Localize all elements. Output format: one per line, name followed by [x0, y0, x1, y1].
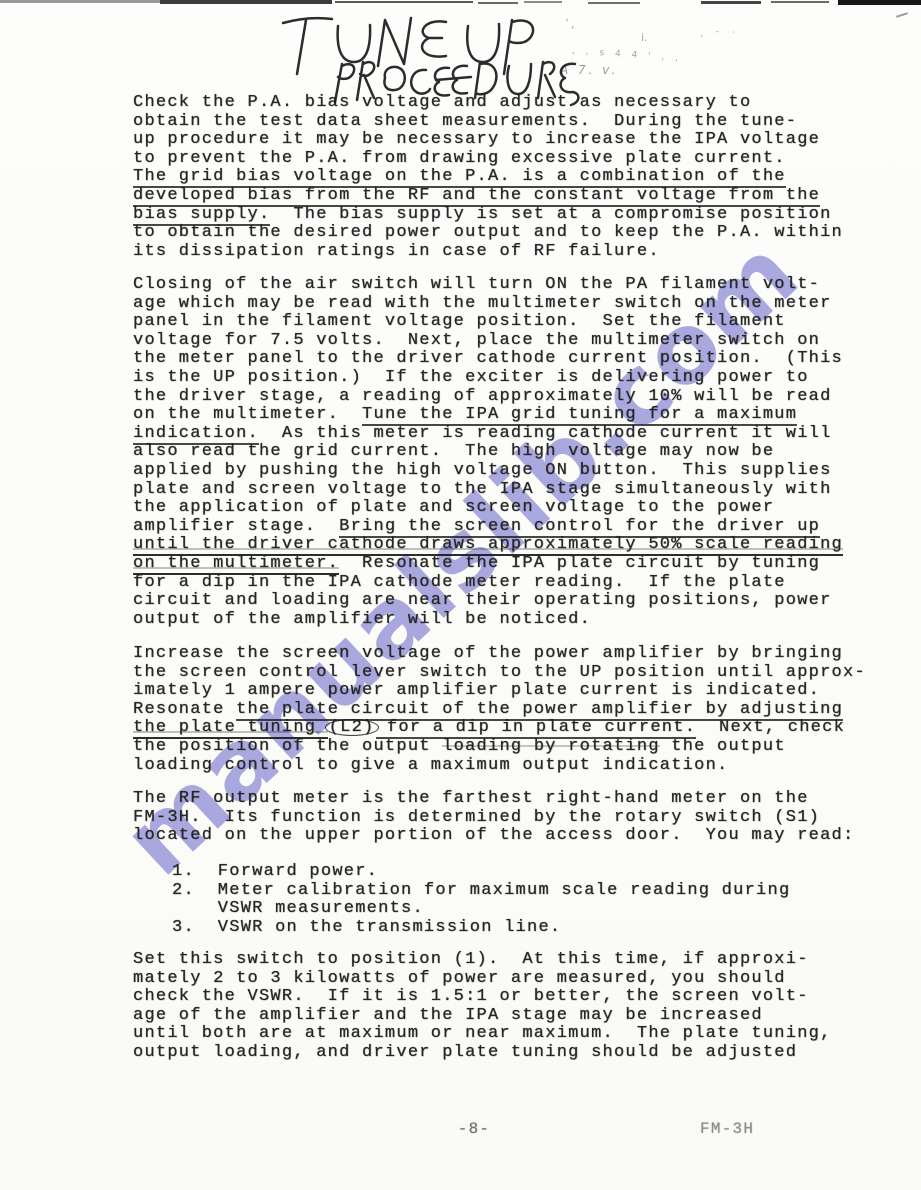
text-line: plate and screen voltage to the IPA stag…: [133, 481, 843, 500]
list-item: 1. Forward power.: [172, 863, 790, 882]
scan-artifact-line: [771, 1, 829, 3]
text-line: bias supply. The bias supply is set at a…: [133, 206, 843, 225]
scanned-manual-page: manualslib.com ' , i. ,: [0, 0, 921, 1190]
hw-U: [338, 25, 371, 62]
paragraph-screen-voltage: Increase the screen voltage of the power…: [133, 645, 866, 775]
hw-P2: [335, 64, 354, 102]
scan-artifact-line: [701, 1, 761, 4]
hw-U2: [467, 24, 499, 62]
text-line: the position of the output loading by ro…: [133, 738, 866, 757]
hw-T-bar: [283, 18, 332, 23]
text-line: to prevent the P.A. from drawing excessi…: [133, 150, 843, 169]
text-line: loading control to give a maximum output…: [133, 757, 866, 776]
text-line: to obtain the desired power output and t…: [133, 224, 843, 243]
text-line: check the VSWR. If it is 1.5:1 or better…: [133, 988, 832, 1007]
text-line: located on the upper portion of the acce…: [133, 827, 854, 846]
text-line: imately 1 ampere power amplifier plate c…: [133, 682, 866, 701]
text-line: indication. As this meter is reading cat…: [133, 425, 843, 444]
text-line: for a dip in the IPA cathode meter readi…: [133, 574, 843, 593]
text-line: up procedure it may be necessary to incr…: [133, 131, 843, 150]
paragraph-switch-position: Set this switch to position (1). At this…: [133, 951, 832, 1063]
scan-artifact-line: [335, 1, 473, 3]
hw-N: [378, 18, 411, 66]
text-line: output loading, and driver plate tuning …: [133, 1044, 832, 1063]
handwritten-title: [250, 8, 590, 108]
text-line: the application of plate and screen volt…: [133, 499, 843, 518]
text-line: The RF output meter is the farthest righ…: [133, 790, 854, 809]
paragraph-bias-voltage: Check the P.A. bias voltage and adjust a…: [133, 94, 843, 261]
scan-artifact-mark: [896, 12, 908, 18]
text-line: age which may be read with the multimete…: [133, 295, 843, 314]
paragraph-rf-output-meter: The RF output meter is the farthest righ…: [133, 790, 854, 846]
list-item-continuation: VSWR measurements.: [172, 900, 790, 919]
paragraph-air-switch: Closing of the air switch will turn ON t…: [133, 276, 843, 629]
text-line: voltage for 7.5 volts. Next, place the m…: [133, 332, 843, 351]
text-line: the screen control lever switch to the U…: [133, 664, 866, 683]
text-line: Resonate the plate circuit of the power …: [133, 701, 866, 720]
hw-E3-tail: [561, 64, 579, 105]
text-line: its dissipation ratings in case of RF fa…: [133, 243, 843, 262]
text-line: Increase the screen voltage of the power…: [133, 645, 866, 664]
text-line: circuit and loading are near their opera…: [133, 592, 843, 611]
text-line: FM-3H. Its function is determined by the…: [133, 809, 854, 828]
scan-artifact-line: [0, 0, 160, 3]
list-item: 2. Meter calibration for maximum scale r…: [172, 882, 790, 901]
text-line: amplifier stage. Bring the screen contro…: [133, 518, 843, 537]
pencil-note: i.: [641, 31, 648, 44]
hw-T-stem: [297, 20, 306, 74]
list-item: 3. VSWR on the transmission line.: [172, 919, 790, 938]
hw-D: [475, 62, 496, 98]
scan-artifact-line: [838, 0, 921, 5]
text-line: also read the grid current. The high vol…: [133, 443, 843, 462]
text-line: Set this switch to position (1). At this…: [133, 951, 832, 970]
text-line: panel in the filament voltage position. …: [133, 313, 843, 332]
hw-R: [357, 62, 374, 100]
hw-E: [422, 21, 446, 56]
hw-O: [384, 67, 404, 90]
hw-E1: [435, 68, 449, 96]
text-line: on the multimeter. Tune the IPA grid tun…: [133, 406, 843, 425]
text-line: developed bias from the RF and the const…: [133, 187, 843, 206]
text-line: applied by pushing the high voltage ON b…: [133, 462, 843, 481]
page-number: -8-: [450, 1120, 498, 1138]
doc-id: FM-3H: [700, 1120, 754, 1138]
text-line: The grid bias voltage on the P.A. is a c…: [133, 168, 843, 187]
scan-artifact-line: [478, 2, 518, 4]
pencil-note: , - .: [700, 25, 741, 39]
scan-artifact-line: [524, 1, 562, 3]
text-line: Closing of the air switch will turn ON t…: [133, 276, 843, 295]
text-line: the driver stage, a reading of approxima…: [133, 388, 843, 407]
text-line: age of the amplifier and the IPA stage m…: [133, 1007, 832, 1026]
hw-crossbar: [436, 77, 471, 80]
hw-R2: [538, 62, 555, 98]
text-line: until both are at maximum or near maximu…: [133, 1025, 832, 1044]
text-line: on the multimeter. Resonate the IPA plat…: [133, 555, 843, 574]
text-line: is the UP position.) If the exciter is d…: [133, 369, 843, 388]
text-line: output of the amplifier will be noticed.: [133, 611, 843, 630]
text-line: until the driver cathode draws approxima…: [133, 536, 843, 555]
text-line: the meter panel to the driver cathode cu…: [133, 350, 843, 369]
text-line: mately 2 to 3 kilowatts of power are mea…: [133, 970, 832, 989]
text-line: the plate tuning (L2) for a dip in plate…: [133, 719, 866, 738]
scan-artifact-line: [588, 2, 640, 4]
scan-artifact-line: [160, 0, 332, 4]
hw-C: [411, 70, 430, 94]
text-line: obtain the test data sheet measurements.…: [133, 113, 843, 132]
meter-function-list: 1. Forward power.2. Meter calibration fo…: [172, 863, 790, 937]
hw-U3: [507, 64, 531, 94]
